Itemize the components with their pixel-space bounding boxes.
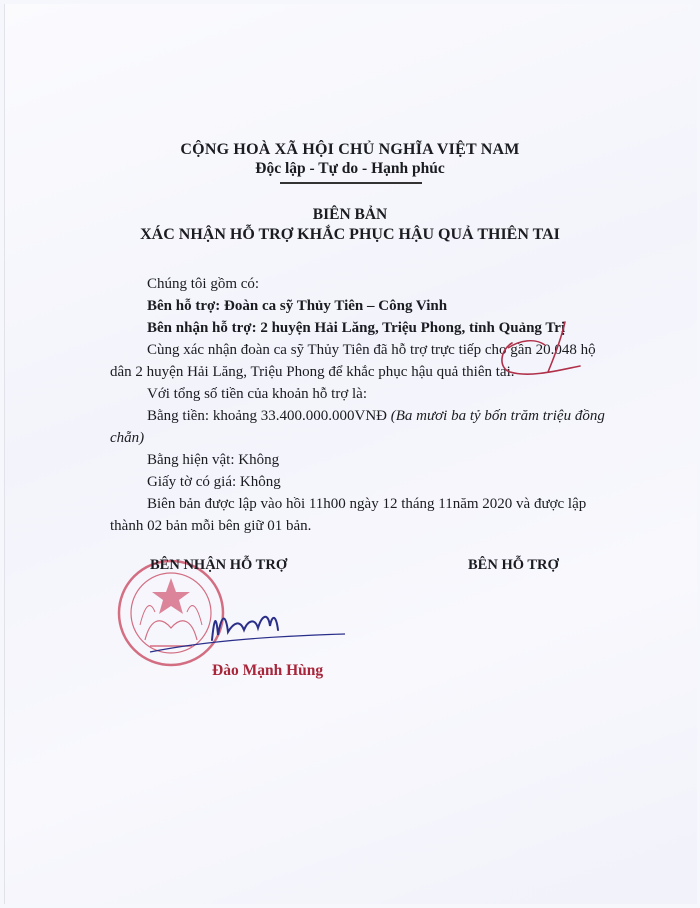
in-kind-line: Bằng hiện vật: Không (147, 452, 279, 469)
cash-words: (Ba mươi ba tỷ bốn trăm triệu đồng (391, 408, 605, 424)
national-motto: Độc lập - Tự do - Hạnh phúc (0, 160, 700, 178)
recipient-signature-label: BÊN NHẬN HỖ TRỢ (150, 557, 287, 574)
cash-amount: Bằng tiền: khoảng 33.400.000.000VNĐ (147, 408, 391, 424)
confirm-line-1: Cùng xác nhận đoàn ca sỹ Thủy Tiên đã hỗ… (147, 342, 596, 359)
intro-text: Chúng tôi gồm có: (147, 276, 259, 293)
securities-line: Giấy tờ có giá: Không (147, 474, 281, 491)
confirm-line-2: dân 2 huyện Hải Lăng, Triệu Phong để khắ… (110, 364, 515, 381)
document-subject: XÁC NHẬN HỖ TRỢ KHẮC PHỤC HẬU QUẢ THIÊN … (0, 226, 700, 244)
motto-underline (280, 182, 422, 184)
made-line-1: Biên bản được lập vào hồi 11h00 ngày 12 … (147, 496, 586, 513)
national-title: CỘNG HOÀ XÃ HỘI CHỦ NGHĨA VIỆT NAM (0, 141, 700, 159)
document-page (4, 4, 697, 904)
document-type: BIÊN BẢN (0, 206, 700, 224)
cash-line: Bằng tiền: khoảng 33.400.000.000VNĐ (Ba … (147, 408, 605, 425)
supporter-signature-label: BÊN HỖ TRỢ (468, 557, 559, 574)
recipient-signer-name: Đào Mạnh Hùng (212, 662, 323, 680)
supporter-line: Bên hỗ trợ: Đoàn ca sỹ Thủy Tiên – Công … (147, 298, 447, 315)
recipient-line: Bên nhận hỗ trợ: 2 huyện Hải Lăng, Triệu… (147, 320, 565, 337)
total-intro: Với tổng số tiền của khoản hỗ trợ là: (147, 386, 367, 403)
made-line-2: thành 02 bản mỗi bên giữ 01 bản. (110, 518, 311, 535)
cash-words-cont: chẵn) (110, 430, 144, 447)
